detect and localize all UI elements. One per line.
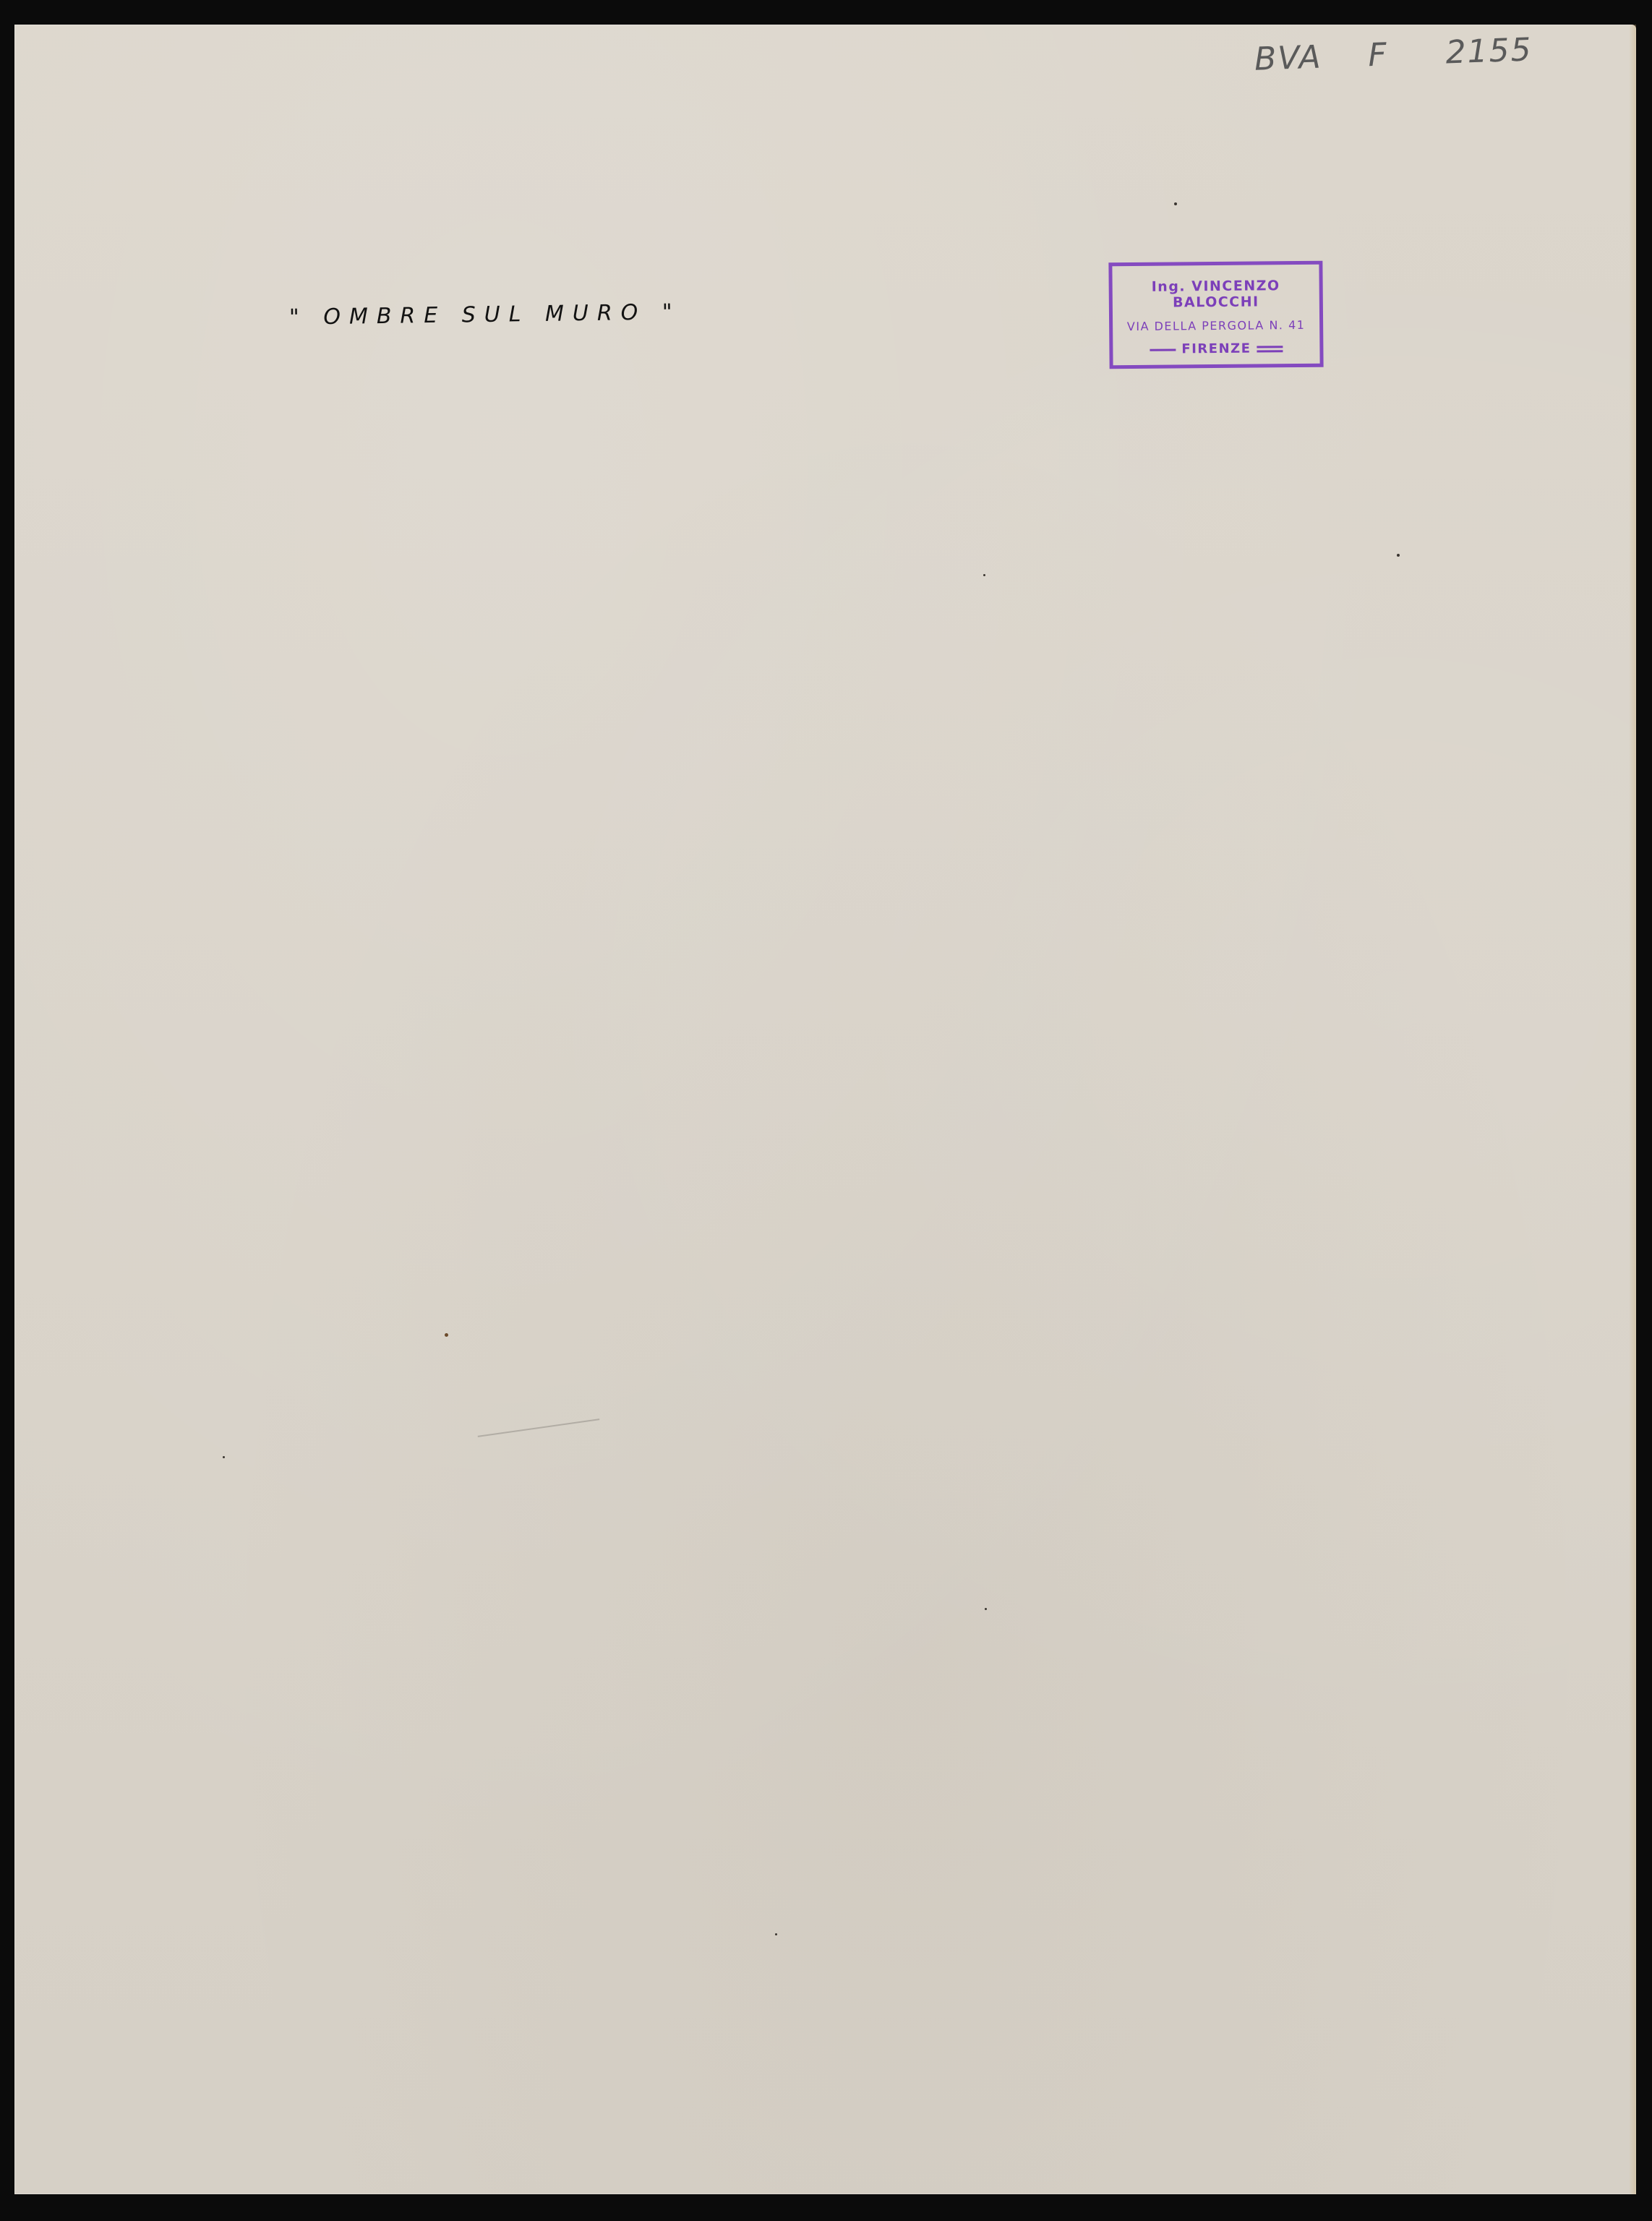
paper-speck [445,1333,448,1337]
paper-speck [983,574,985,576]
stamp-dash-decoration [1150,348,1176,351]
photographer-stamp: Ing. VINCENZO BALOCCHI VIA DELLA PERGOLA… [1108,261,1323,369]
stamp-name: Ing. VINCENZO BALOCCHI [1113,278,1319,311]
stamp-address: VIA DELLA PERGOLA N. 41 [1113,318,1319,333]
paper-speck [1397,554,1400,557]
paper-scratch [478,1418,600,1437]
stamp-city: FIRENZE [1181,341,1251,357]
paper-speck [985,1608,987,1610]
catalog-series: F [1367,36,1388,74]
paper-speck [1174,202,1177,205]
paper-speck [775,1933,777,1935]
stamp-double-dash-decoration [1257,346,1283,352]
paper-speck [223,1456,225,1458]
catalog-id: 2155 [1445,31,1533,71]
stamp-city-row: FIRENZE [1113,341,1319,357]
catalog-collection: BVA [1254,38,1322,77]
paper-sheet [14,25,1636,2194]
